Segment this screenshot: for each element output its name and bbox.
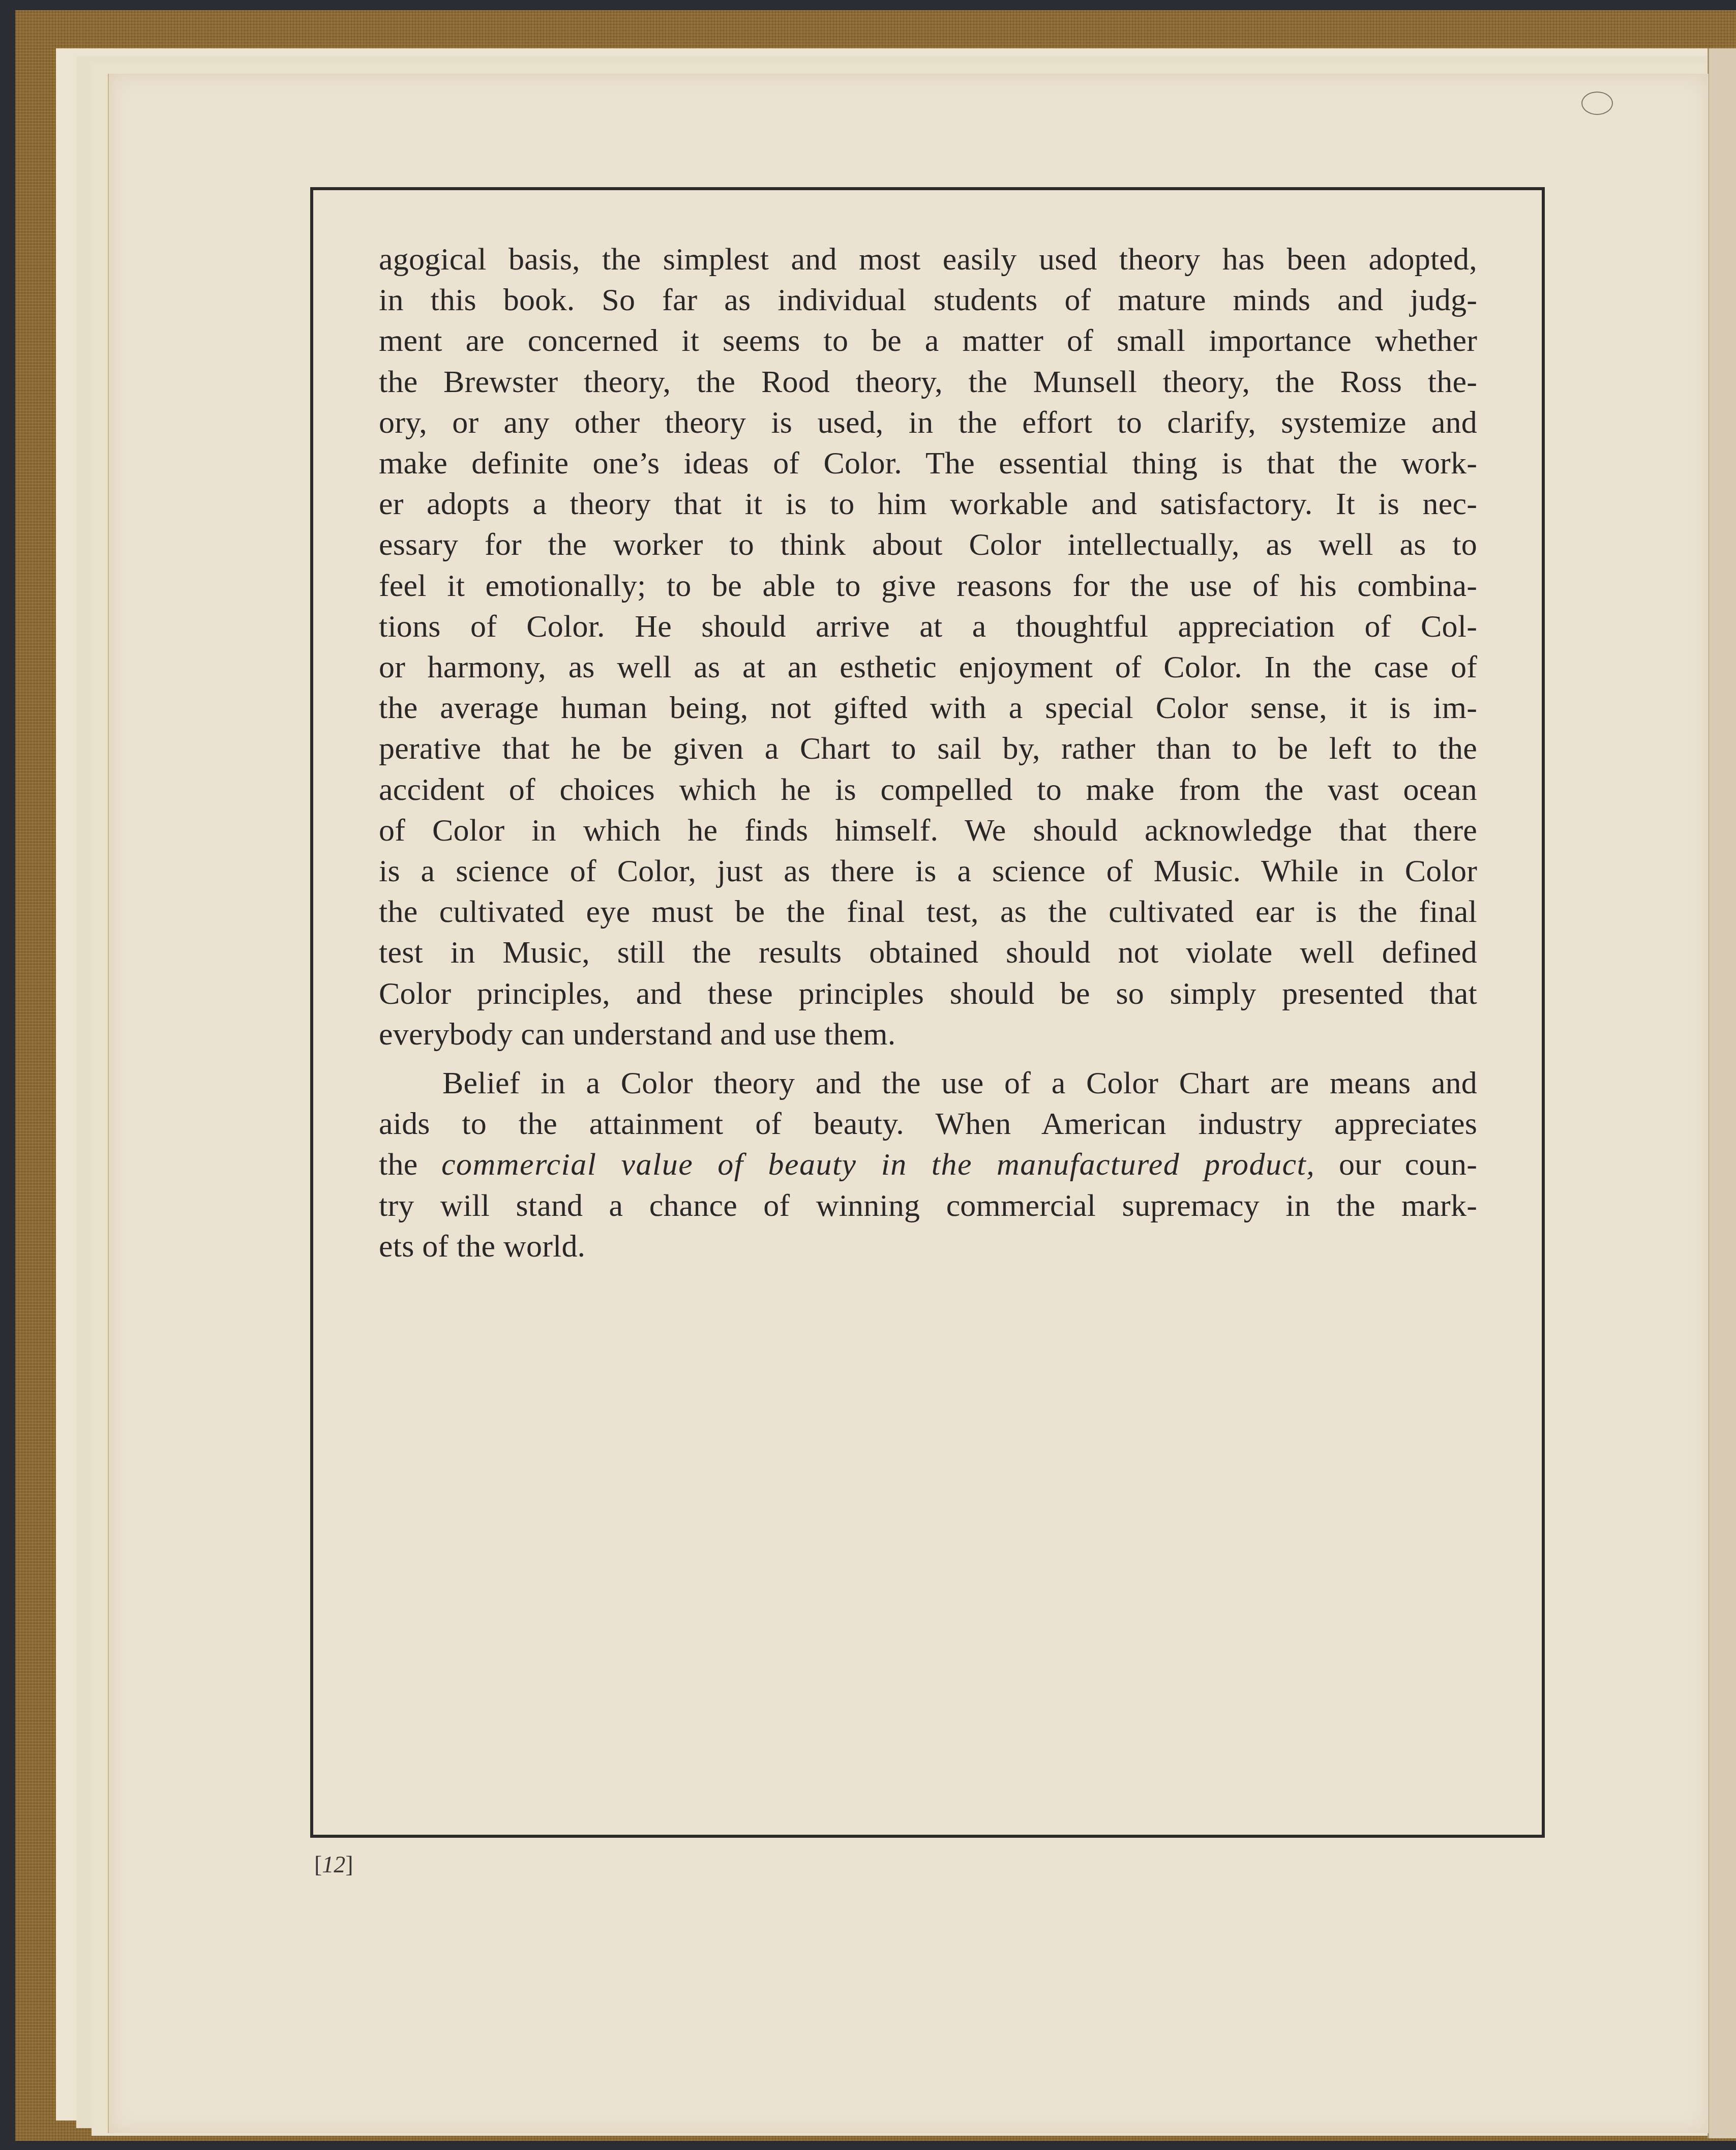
text-run: our coun- (1315, 1147, 1477, 1182)
text-line: try will stand a chance of winning comme… (379, 1185, 1477, 1226)
text-line: the Brewster theory, the Rood theory, th… (379, 362, 1477, 402)
text-line: Color principles, and these principles s… (379, 973, 1477, 1014)
text-run: the (379, 1147, 441, 1182)
text-line: is a science of Color, just as there is … (379, 851, 1477, 891)
text-line: aids to the attainment of beauty. When A… (379, 1103, 1477, 1144)
paragraph-2: Belief in a Color theory and the use of … (379, 1063, 1477, 1267)
text-line-with-emphasis: the commercial value of beauty in the ma… (379, 1144, 1477, 1185)
bracket-close: ] (345, 1852, 353, 1877)
text-line: the cultivated eye must be the final tes… (379, 891, 1477, 932)
text-line: test in Music, still the results obtaine… (379, 932, 1477, 973)
text-line: the average human being, not gifted with… (379, 688, 1477, 728)
text-line: of Color in which he finds himself. We s… (379, 810, 1477, 851)
page-number-value: 12 (322, 1852, 345, 1877)
text-line: tions of Color. He should arrive at a th… (379, 606, 1477, 647)
italic-emphasis: commercial value of beauty in the manufa… (441, 1147, 1315, 1182)
text-line: feel it emotionally; to be able to give … (379, 565, 1477, 606)
text-line: ory, or any other theory is used, in the… (379, 402, 1477, 443)
text-line: accident of choices which he is compelle… (379, 769, 1477, 810)
text-line: make definite one’s ideas of Color. The … (379, 443, 1477, 484)
bracket-open: [ (314, 1852, 322, 1877)
text-line: ets of the world. (379, 1226, 1477, 1267)
text-line: essary for the worker to think about Col… (379, 524, 1477, 565)
paragraph-1: agogical basis, the simplest and most ea… (379, 239, 1477, 1055)
text-line: or harmony, as well as at an esthetic en… (379, 647, 1477, 688)
facing-page-edge (1708, 48, 1736, 2138)
text-line: Belief in a Color theory and the use of … (379, 1063, 1477, 1103)
body-text: agogical basis, the simplest and most ea… (379, 239, 1477, 1267)
text-line: in this book. So far as individual stude… (379, 280, 1477, 320)
text-line: ment are concerned it seems to be a matt… (379, 320, 1477, 361)
pencil-mark (1581, 92, 1613, 115)
text-line: agogical basis, the simplest and most ea… (379, 239, 1477, 280)
text-line: perative that he be given a Chart to sai… (379, 728, 1477, 769)
page-number: [12] (314, 1851, 353, 1878)
text-line: everybody can understand and use them. (379, 1014, 1477, 1055)
text-line: er adopts a theory that it is to him wor… (379, 484, 1477, 524)
